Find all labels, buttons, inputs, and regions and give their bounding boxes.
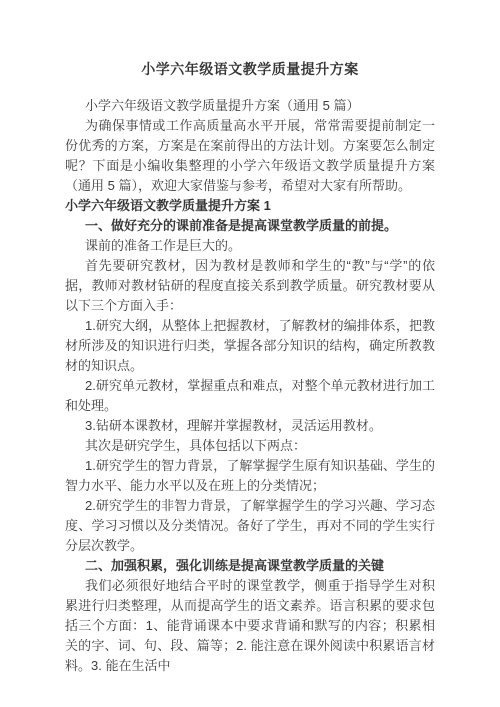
section-heading: 一、做好充分的课前准备是提高课堂教学质量的前提。 (65, 216, 435, 236)
paragraph: 其次是研究学生，具体包括以下两点： (65, 436, 435, 456)
section-heading: 小学六年级语文教学质量提升方案 1 (65, 196, 435, 216)
paragraph: 课前的准备工作是巨大的。 (65, 236, 435, 256)
paragraph: 2.研究单元教材，掌握重点和难点，对整个单元教材进行加工和处理。 (65, 376, 435, 416)
paragraph: 为确保事情或工作高质量高水平开展，常常需要提前制定一份优秀的方案，方案是在案前得… (65, 116, 435, 196)
paragraph: 小学六年级语文教学质量提升方案（通用 5 篇） (65, 96, 435, 116)
paragraph: 1.研究学生的智力背景，了解掌握学生原有知识基础、学生的智力水平、能力水平以及在… (65, 456, 435, 496)
paragraph: 我们必须很好地结合平时的课堂教学，侧重于指导学生对积累进行归类整理，从而提高学生… (65, 576, 435, 676)
section-heading: 二、加强积累，强化训练是提高课堂教学质量的关键 (65, 556, 435, 576)
document-body: 小学六年级语文教学质量提升方案（通用 5 篇）为确保事情或工作高质量高水平开展，… (65, 96, 435, 676)
paragraph: 3.钻研本课教材，理解并掌握教材，灵活运用教材。 (65, 416, 435, 436)
paragraph: 首先要研究教材，因为教材是教师和学生的“教”与“学”的依据，教师对教材钻研的程度… (65, 256, 435, 316)
paragraph: 1.研究大纲，从整体上把握教材，了解教材的编排体系，把教材所涉及的知识进行归类，… (65, 316, 435, 376)
paragraph: 2.研究学生的非智力背景，了解掌握学生的学习兴趣、学习态度、学习习惯以及分类情况… (65, 496, 435, 556)
document-page: 小学六年级语文教学质量提升方案 小学六年级语文教学质量提升方案（通用 5 篇）为… (0, 0, 500, 707)
document-title: 小学六年级语文教学质量提升方案 (65, 59, 435, 79)
